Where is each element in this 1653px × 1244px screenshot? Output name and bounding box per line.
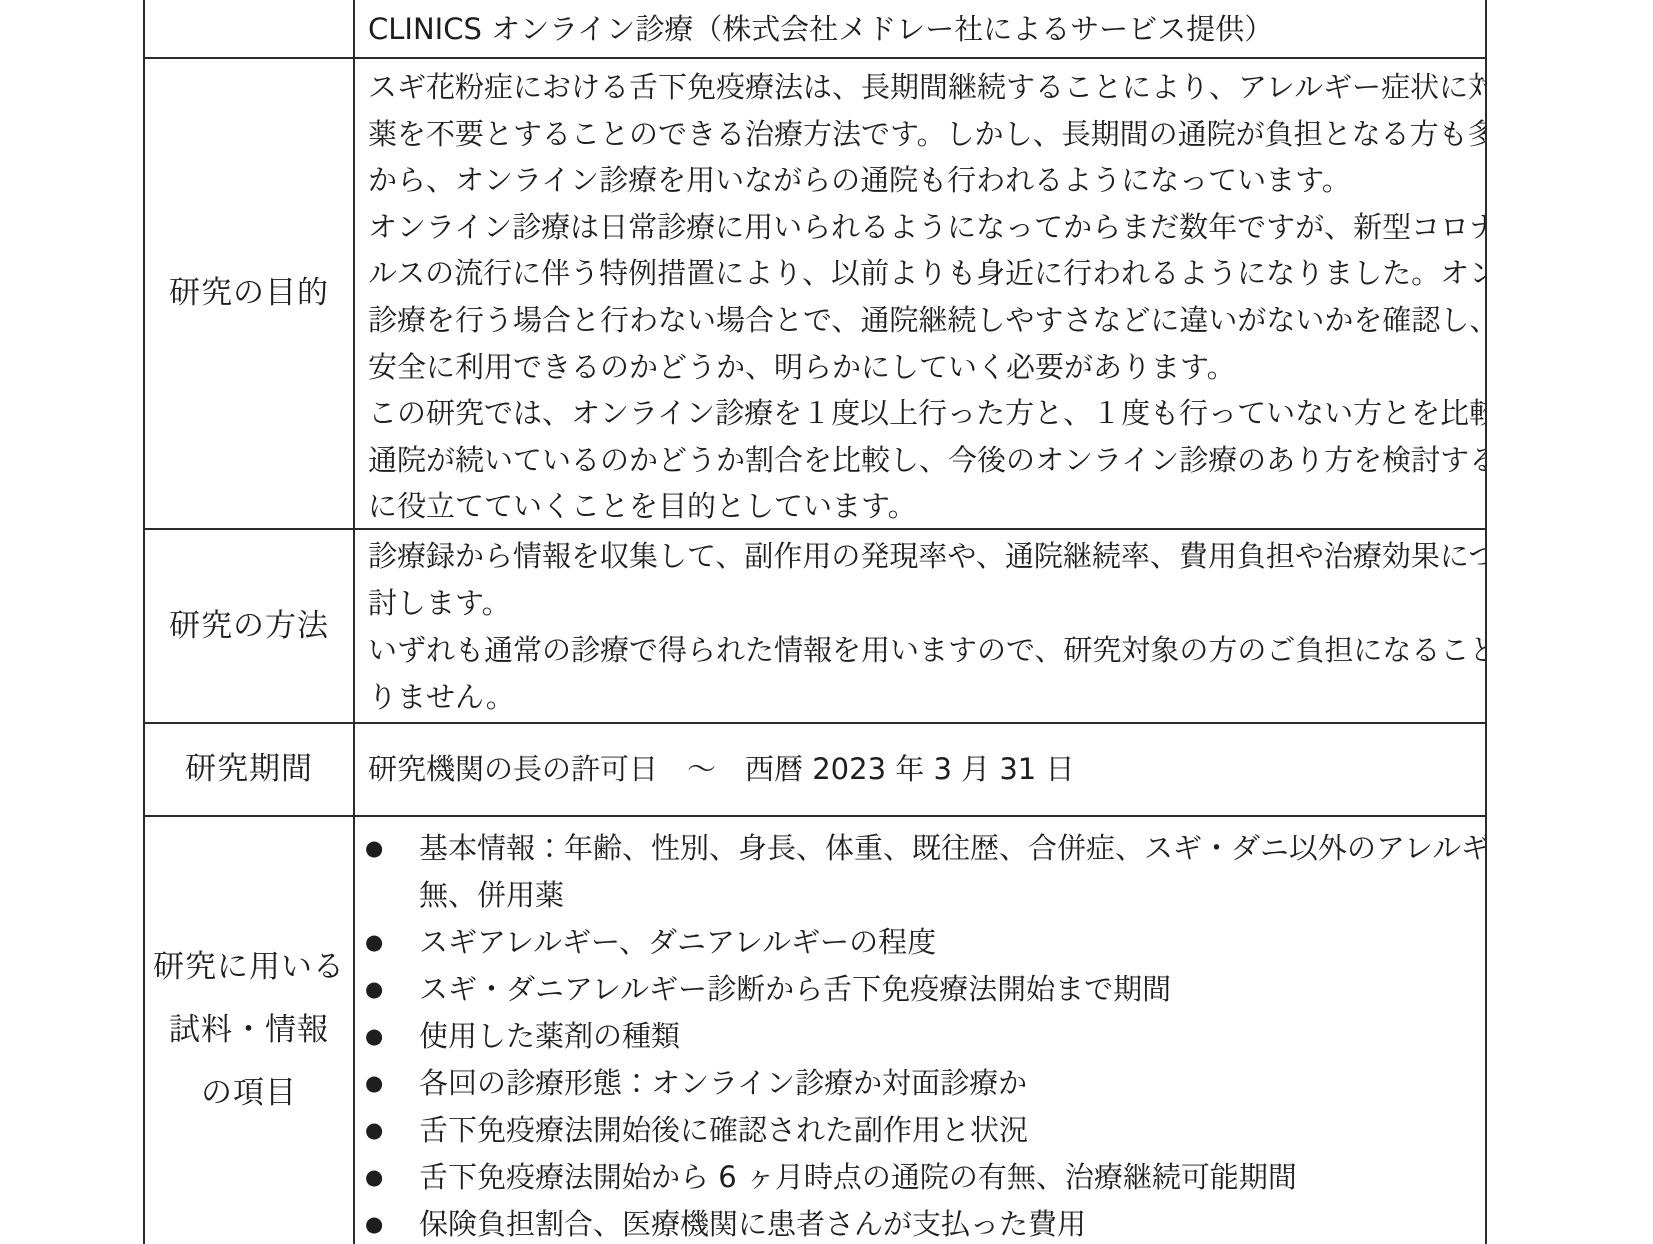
content-cell: 診療録から情報を収集して、副作用の発現率や、通院継続率、費用負担や治療効果につい… — [355, 530, 1485, 722]
bullet-icon: ● — [365, 1107, 419, 1154]
row-label-line: 研究期間 — [185, 738, 313, 801]
text-line: 基本情報：年齢、性別、身長、体重、既往歴、合併症、スギ・ダニ以外のアレルギーの有 — [419, 825, 1485, 872]
table-row-purpose: 研究の目的 スギ花粉症における舌下免疫療法は、長期間継続することにより、アレルギ… — [145, 57, 1485, 528]
bullet-item: ●スギ・ダニアレルギー診断から舌下免疫療法開始まで期間 — [365, 966, 1473, 1013]
bullet-item: ●保険負担割合、医療機関に患者さんが支払った費用 — [365, 1201, 1473, 1244]
row-label-line: 研究の目的 — [169, 262, 329, 325]
text-line: から、オンライン診療を用いながらの通院も行われるようになっています。 — [368, 157, 1473, 204]
text-line: 各回の診療形態：オンライン診療か対面診療か — [419, 1060, 1473, 1107]
label-cell: 研究の目的 — [145, 59, 355, 528]
bullet-text: 基本情報：年齢、性別、身長、体重、既往歴、合併症、スギ・ダニ以外のアレルギーの有… — [419, 825, 1485, 919]
bullet-text: スギアレルギー、ダニアレルギーの程度 — [419, 919, 1473, 966]
research-info-table: CLINICS オンライン診療（株式会社メドレー社によるサービス提供） 研究の目… — [143, 0, 1487, 1244]
bullet-icon: ● — [365, 1154, 419, 1201]
text-line: 舌下免疫療法開始から 6 ヶ月時点の通院の有無、治療継続可能期間 — [419, 1154, 1473, 1201]
bullet-icon: ● — [365, 1201, 419, 1244]
content-cell: 研究機関の長の許可日 ～ 西暦 2023 年 3 月 31 日 — [355, 724, 1485, 815]
text-line: 安全に利用できるのかどうか、明らかにしていく必要があります。 — [368, 344, 1473, 391]
text-line: 無、併用薬 — [419, 872, 1485, 919]
bullet-text: 保険負担割合、医療機関に患者さんが支払った費用 — [419, 1201, 1473, 1244]
text-line: 研究機関の長の許可日 ～ 西暦 2023 年 3 月 31 日 — [368, 746, 1074, 793]
text-line: いずれも通常の診療で得られた情報を用いますので、研究対象の方のご負担になることは… — [368, 627, 1473, 674]
bullet-text: スギ・ダニアレルギー診断から舌下免疫療法開始まで期間 — [419, 966, 1473, 1013]
text-line: ルスの流行に伴う特例措置により、以前よりも身近に行われるようになりました。オンラ… — [368, 250, 1473, 297]
label-cell: 研究期間 — [145, 724, 355, 815]
text-line: CLINICS オンライン診療（株式会社メドレー社によるサービス提供） — [368, 6, 1473, 53]
text-line: 通院が続いているのかどうか割合を比較し、今後のオンライン診療のあり方を検討するこ… — [368, 437, 1473, 484]
text-line: スギアレルギー、ダニアレルギーの程度 — [419, 919, 1473, 966]
bullet-icon: ● — [365, 1013, 419, 1060]
content-cell: CLINICS オンライン診療（株式会社メドレー社によるサービス提供） — [355, 0, 1485, 57]
label-cell — [145, 0, 355, 57]
text-line: オンライン診療は日常診療に用いられるようになってからまだ数年ですが、新型コロナウ… — [368, 204, 1473, 251]
bullet-icon: ● — [365, 825, 419, 919]
bullet-item: ●使用した薬剤の種類 — [365, 1013, 1473, 1060]
row-label-line: の項目 — [201, 1062, 297, 1125]
table-row-period: 研究期間 研究機関の長の許可日 ～ 西暦 2023 年 3 月 31 日 — [145, 722, 1485, 815]
row-label-line: 試料・情報 — [169, 999, 329, 1062]
bullet-text: 使用した薬剤の種類 — [419, 1013, 1473, 1060]
table-row-system: CLINICS オンライン診療（株式会社メドレー社によるサービス提供） — [145, 0, 1485, 57]
text-line: 舌下免疫療法開始後に確認された副作用と状況 — [419, 1107, 1473, 1154]
bullet-icon: ● — [365, 919, 419, 966]
text-line: スギ花粉症における舌下免疫療法は、長期間継続することにより、アレルギー症状に対す… — [368, 64, 1473, 111]
content-cell: ●基本情報：年齢、性別、身長、体重、既往歴、合併症、スギ・ダニ以外のアレルギーの… — [355, 817, 1485, 1244]
text-line: に役立てていくことを目的としています。 — [368, 483, 1473, 528]
bullet-item: ●基本情報：年齢、性別、身長、体重、既往歴、合併症、スギ・ダニ以外のアレルギーの… — [365, 825, 1473, 919]
text-line: 保険負担割合、医療機関に患者さんが支払った費用 — [419, 1201, 1473, 1244]
bullet-text: 舌下免疫療法開始から 6 ヶ月時点の通院の有無、治療継続可能期間 — [419, 1154, 1473, 1201]
bullet-item: ●舌下免疫療法開始後に確認された副作用と状況 — [365, 1107, 1473, 1154]
row-label-line: 研究の方法 — [169, 595, 329, 658]
bullet-icon: ● — [365, 966, 419, 1013]
label-cell: 研究に用いる試料・情報の項目 — [145, 817, 355, 1244]
text-line: 討します。 — [368, 580, 1473, 627]
text-line: 使用した薬剤の種類 — [419, 1013, 1473, 1060]
row-label-line: 研究に用いる — [153, 936, 345, 999]
table-row-materials: 研究に用いる試料・情報の項目 ●基本情報：年齢、性別、身長、体重、既往歴、合併症… — [145, 815, 1485, 1244]
text-line: スギ・ダニアレルギー診断から舌下免疫療法開始まで期間 — [419, 966, 1473, 1013]
bullet-text: 舌下免疫療法開始後に確認された副作用と状況 — [419, 1107, 1473, 1154]
bullet-item: ●スギアレルギー、ダニアレルギーの程度 — [365, 919, 1473, 966]
table-row-method: 研究の方法 診療録から情報を収集して、副作用の発現率や、通院継続率、費用負担や治… — [145, 528, 1485, 722]
text-line: 診療録から情報を収集して、副作用の発現率や、通院継続率、費用負担や治療効果につい… — [368, 533, 1473, 580]
text-line: 薬を不要とすることのできる治療方法です。しかし、長期間の通院が負担となる方も多い… — [368, 111, 1473, 158]
bullet-item: ●舌下免疫療法開始から 6 ヶ月時点の通院の有無、治療継続可能期間 — [365, 1154, 1473, 1201]
bullet-text: 各回の診療形態：オンライン診療か対面診療か — [419, 1060, 1473, 1107]
content-cell: スギ花粉症における舌下免疫療法は、長期間継続することにより、アレルギー症状に対す… — [355, 59, 1485, 528]
label-cell: 研究の方法 — [145, 530, 355, 722]
bullet-item: ●各回の診療形態：オンライン診療か対面診療か — [365, 1060, 1473, 1107]
text-line: この研究では、オンライン診療を１度以上行った方と、１度も行っていない方とを比較し… — [368, 390, 1473, 437]
text-line: 診療を行う場合と行わない場合とで、通院継続しやすさなどに違いがないかを確認し、今… — [368, 297, 1473, 344]
text-line: りません。 — [368, 674, 1473, 721]
scanned-document-page: CLINICS オンライン診療（株式会社メドレー社によるサービス提供） 研究の目… — [0, 0, 1653, 1244]
bullet-icon: ● — [365, 1060, 419, 1107]
